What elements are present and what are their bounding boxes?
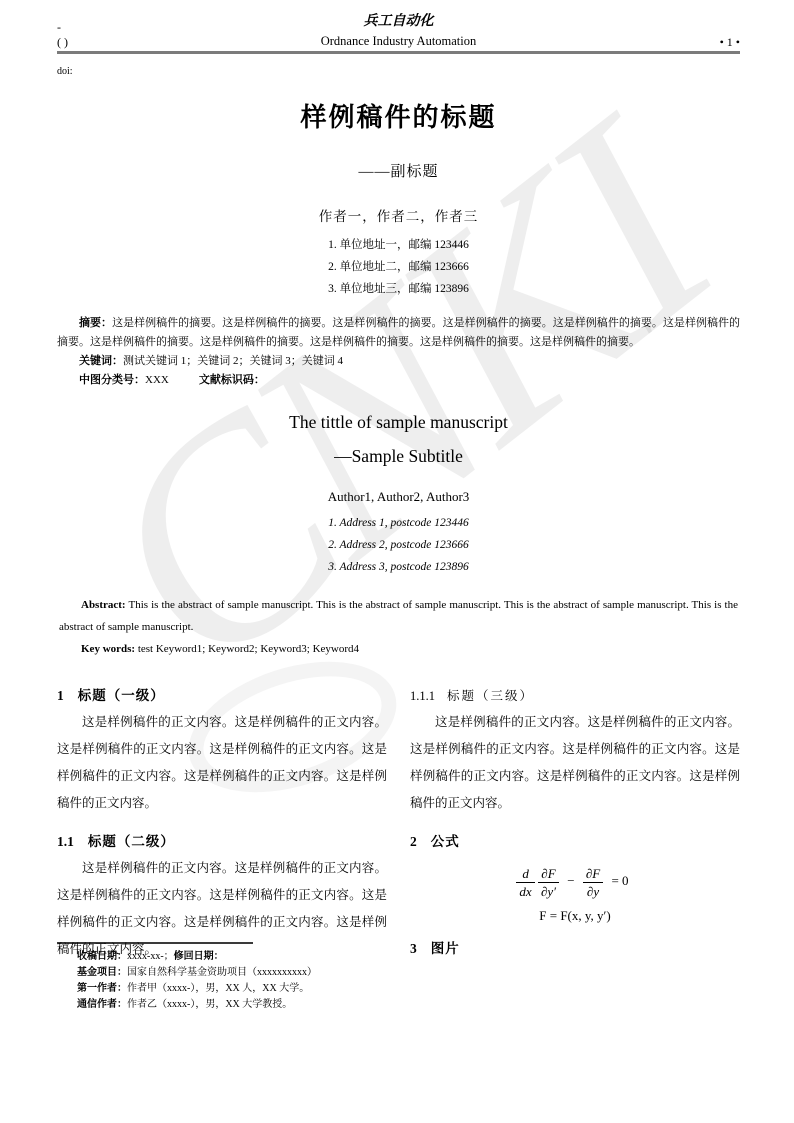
section-2-title: 公式 xyxy=(431,834,460,849)
clc-label: 中图分类号： xyxy=(79,374,145,386)
section-1-1-heading: 1.1标题（二级） xyxy=(57,830,387,850)
keywords-en-label: Key words: xyxy=(81,643,135,655)
doc-code-label: 文献标识码： xyxy=(199,374,265,386)
fraction-dF-dy: ∂F∂y xyxy=(583,866,603,899)
section-2-heading: 2公式 xyxy=(410,830,740,850)
function-formula: F = F(x, y, y′) xyxy=(410,908,740,924)
section-1-1-1-number: 1.1.1 xyxy=(410,689,435,703)
frac3-denominator: ∂y xyxy=(583,882,603,899)
section-3-title: 图片 xyxy=(431,941,460,956)
section-1-title: 标题（一级） xyxy=(78,688,165,703)
affiliation-en-2: 2. Address 2, postcode 123666 xyxy=(328,534,469,556)
article-title-en: The tittle of sample manuscript xyxy=(57,412,740,433)
fund-value: 国家自然科学基金资助项目（xxxxxxxxxx） xyxy=(127,967,317,978)
header-left-line1: - xyxy=(57,20,321,35)
frac2-numerator: ∂F xyxy=(538,866,559,882)
left-column: 1标题（一级） 这是样例稿件的正文内容。这是样例稿件的正文内容。这是样例稿件的正… xyxy=(57,682,387,934)
journal-title-en: Ordnance Industry Automation xyxy=(321,32,477,50)
section-1-1-paragraph: 这是样例稿件的正文内容。这是样例稿件的正文内容。这是样例稿件的正文内容。这是样例… xyxy=(57,855,387,963)
affiliation-cn-2: 2. 单位地址二，邮编 123666 xyxy=(328,256,469,278)
minus-operator: − xyxy=(567,873,574,888)
received-date-label: 收稿日期： xyxy=(77,951,127,962)
first-author-label: 第一作者： xyxy=(77,983,127,994)
frac1-denominator: dx xyxy=(516,882,534,899)
affiliation-en-1: 1. Address 1, postcode 123446 xyxy=(328,512,469,534)
keywords-en: Key words: test Keyword1; Keyword2; Keyw… xyxy=(59,638,738,660)
abstract-en-label: Abstract: xyxy=(81,599,126,611)
header-left: - ( ) xyxy=(57,20,321,50)
authors-en: Author1, Author2, Author3 xyxy=(57,489,740,505)
affiliation-en-3: 3. Address 3, postcode 123896 xyxy=(328,556,469,578)
manuscript-page: CNKI - ( ) 兵工自动化 Ordnance Industry Autom… xyxy=(0,0,794,1123)
affiliations-cn: 1. 单位地址一，邮编 123446 2. 单位地址二，邮编 123666 3.… xyxy=(328,234,469,300)
affiliation-cn-3: 3. 单位地址三，邮编 123896 xyxy=(328,278,469,300)
doi-label: doi: xyxy=(57,66,740,77)
equals-zero: = 0 xyxy=(611,873,628,888)
section-1-paragraph: 这是样例稿件的正文内容。这是样例稿件的正文内容。这是样例稿件的正文内容。这是样例… xyxy=(57,709,387,817)
first-author-value: 作者甲（xxxx-），男，XX 人，XX 大学。 xyxy=(127,983,309,994)
abstract-en-block: Abstract: This is the abstract of sample… xyxy=(57,594,740,660)
section-1-1-title: 标题（二级） xyxy=(88,834,175,849)
keywords-cn: 关键词：测试关键词 1；关键词 2；关键词 3；关键词 4 xyxy=(57,352,740,371)
abstract-cn-block: 摘要：这是样例稿件的摘要。这是样例稿件的摘要。这是样例稿件的摘要。这是样例稿件的… xyxy=(57,314,740,390)
section-2-number: 2 xyxy=(410,834,417,849)
affiliations-en: 1. Address 1, postcode 123446 2. Address… xyxy=(328,512,469,578)
abstract-cn-label: 摘要： xyxy=(79,317,112,329)
right-column: 1.1.1标题（三级） 这是样例稿件的正文内容。这是样例稿件的正文内容。这是样例… xyxy=(410,682,740,934)
footnote-first-author: 第一作者：作者甲（xxxx-），男，XX 人，XX 大学。 xyxy=(57,981,437,997)
abstract-cn: 摘要：这是样例稿件的摘要。这是样例稿件的摘要。这是样例稿件的摘要。这是样例稿件的… xyxy=(57,314,740,352)
section-1-heading: 1标题（一级） xyxy=(57,684,387,704)
section-1-number: 1 xyxy=(57,688,64,703)
section-3-number: 3 xyxy=(410,941,417,956)
running-header: - ( ) 兵工自动化 Ordnance Industry Automation… xyxy=(57,0,740,54)
section-3-heading: 3图片 xyxy=(410,937,740,957)
footnote-fund: 基金项目：国家自然科学基金资助项目（xxxxxxxxxx） xyxy=(57,965,437,981)
header-left-line2: ( ) xyxy=(57,35,321,50)
frac1-numerator: d xyxy=(516,866,534,882)
footnote-corresponding-author: 通信作者：作者乙（xxxx-），男，XX 大学教授。 xyxy=(57,997,437,1013)
header-center: 兵工自动化 Ordnance Industry Automation xyxy=(321,12,477,50)
fraction-d-dx: ddx xyxy=(516,866,534,899)
received-date-value: xxxx-xx-； xyxy=(127,951,174,962)
article-subtitle-cn: ——副标题 xyxy=(57,160,740,181)
article-subtitle-en: —Sample Subtitle xyxy=(57,446,740,467)
corresponding-author-value: 作者乙（xxxx-），男，XX 大学教授。 xyxy=(127,999,292,1010)
keywords-cn-text: 测试关键词 1；关键词 2；关键词 3；关键词 4 xyxy=(123,355,343,367)
page-number: • 1 • xyxy=(476,35,740,50)
journal-title-cn: 兵工自动化 xyxy=(321,12,477,32)
page-content: - ( ) 兵工自动化 Ordnance Industry Automation… xyxy=(0,0,794,1013)
revised-date-label: 修回日期： xyxy=(174,951,224,962)
frac3-numerator: ∂F xyxy=(583,866,603,882)
authors-cn: 作者一，作者二，作者三 xyxy=(57,205,740,225)
fund-label: 基金项目： xyxy=(77,967,127,978)
section-1-1-number: 1.1 xyxy=(57,834,74,849)
section-1-1-1-heading: 1.1.1标题（三级） xyxy=(410,686,740,704)
fraction-dF-dyprime: ∂F∂y′ xyxy=(538,866,559,899)
abstract-en-text: This is the abstract of sample manuscrip… xyxy=(59,599,738,633)
keywords-en-text: test Keyword1; Keyword2; Keyword3; Keywo… xyxy=(135,643,359,655)
frac2-denominator: ∂y′ xyxy=(538,882,559,899)
two-column-body: 1标题（一级） 这是样例稿件的正文内容。这是样例稿件的正文内容。这是样例稿件的正… xyxy=(57,682,740,934)
article-title-cn: 样例稿件的标题 xyxy=(57,97,740,134)
section-1-1-1-paragraph: 这是样例稿件的正文内容。这是样例稿件的正文内容。这是样例稿件的正文内容。这是样例… xyxy=(410,709,740,817)
euler-lagrange-formula: ddx ∂F∂y′ − ∂F∂y = 0 xyxy=(410,866,740,899)
corresponding-author-label: 通信作者： xyxy=(77,999,127,1010)
clc-line: 中图分类号：XXX文献标识码： xyxy=(57,371,740,390)
abstract-cn-text: 这是样例稿件的摘要。这是样例稿件的摘要。这是样例稿件的摘要。这是样例稿件的摘要。… xyxy=(57,317,740,348)
clc-value: XXX xyxy=(145,374,169,386)
section-1-1-1-title: 标题（三级） xyxy=(447,689,534,703)
keywords-cn-label: 关键词： xyxy=(79,355,123,367)
affiliation-cn-1: 1. 单位地址一，邮编 123446 xyxy=(328,234,469,256)
abstract-en: Abstract: This is the abstract of sample… xyxy=(59,594,738,638)
